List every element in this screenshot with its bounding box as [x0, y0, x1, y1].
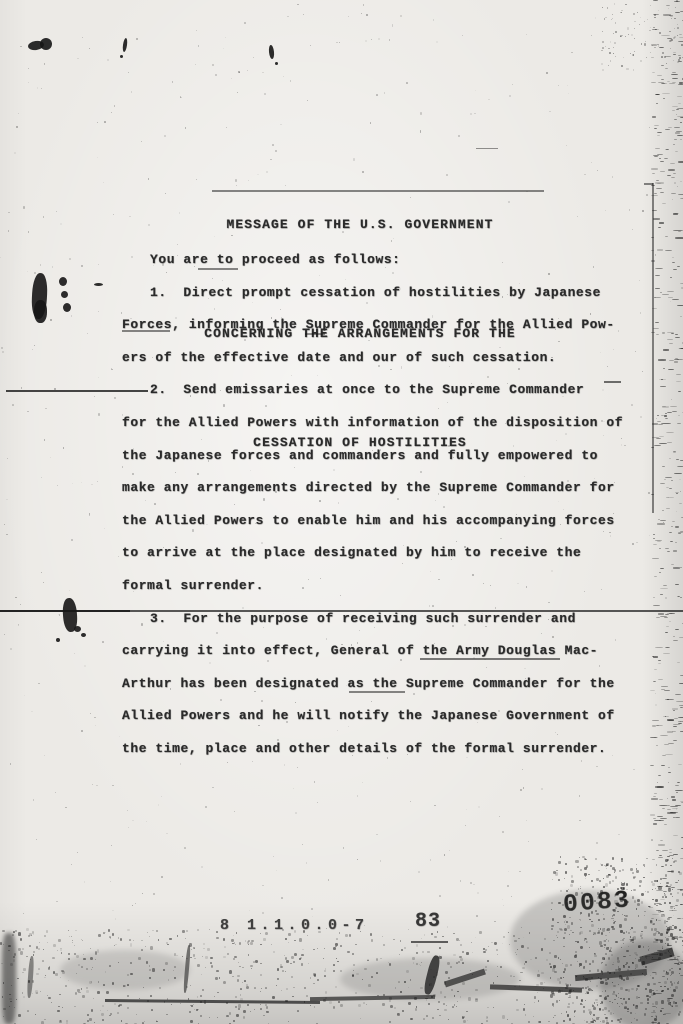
bottom-scribble-line	[310, 995, 435, 1001]
page-number: 83	[415, 910, 441, 933]
bottom-scribble-mark	[444, 969, 486, 988]
ink-mark	[120, 55, 123, 58]
bottom-scribble-line	[105, 999, 320, 1004]
margin-ink-dot	[61, 291, 68, 298]
bottom-streak	[183, 945, 191, 993]
body-text-line: carrying it into effect, General of the …	[122, 635, 622, 668]
title-line-1: MESSAGE OF THE U.S. GOVERNMENT	[160, 207, 560, 243]
fold-line-ink-dot	[74, 626, 81, 632]
ink-mark	[268, 45, 274, 59]
ink-mark	[122, 38, 128, 52]
fold-line-ink-dot	[56, 638, 60, 642]
document-body: You are to proceed as follows:1. Direct …	[122, 244, 622, 766]
body-text-line: Arthur has been designated as the Suprem…	[122, 668, 622, 701]
scanned-document-page: MESSAGE OF THE U.S. GOVERNMENT CONCERNIN…	[0, 0, 683, 1024]
body-text-line: the Japanese forces and commanders and f…	[122, 440, 622, 473]
corner-frame-number: 0083	[562, 886, 632, 920]
margin-ink-blob	[31, 273, 48, 320]
body-text-line: You are to proceed as follows:	[122, 244, 622, 277]
fold-line-dark-segment	[0, 610, 130, 612]
body-text-line: Forces, informing the Supreme Commander …	[122, 309, 622, 342]
bottom-scribble-mark	[422, 954, 441, 995]
body-text-line: Allied Powers and he will notify the Jap…	[122, 700, 622, 733]
page-number-underline	[411, 941, 448, 943]
body-text-line: the time, place and other details of the…	[122, 733, 622, 766]
right-edge-hook	[644, 183, 653, 185]
bottom-left-streak	[2, 933, 16, 1024]
ink-blob	[27, 40, 44, 51]
right-edge-line	[652, 183, 654, 513]
margin-ink-dot	[59, 277, 67, 286]
bottom-scribble-line	[490, 984, 582, 992]
ink-mark	[275, 62, 278, 65]
body-text-line: 3. For the purpose of receiving such sur…	[122, 603, 622, 636]
ink-blob	[40, 38, 52, 50]
body-text-line: 1. Direct prompt cessation of hostilitie…	[122, 277, 622, 310]
bottom-left-streak	[27, 956, 35, 998]
margin-ink-dash	[94, 283, 103, 286]
margin-ink-blob	[34, 300, 47, 323]
body-text-line: for the Allied Powers with information o…	[122, 407, 622, 440]
body-text-line: the Allied Powers to enable him and his …	[122, 505, 622, 538]
bottom-scribble-line	[575, 969, 647, 981]
body-text-line: 2. Send emissaries at once to the Suprem…	[122, 374, 622, 407]
margin-ink-dot	[63, 303, 71, 312]
fold-line-ink-blob	[62, 598, 78, 633]
scan-blotch	[600, 940, 683, 1024]
body-text-line: to arrive at the place designated by him…	[122, 537, 622, 570]
fold-line-ink-dot	[81, 633, 86, 637]
scan-blotch	[340, 958, 520, 1000]
body-text-line: make any arrangements directed by the Su…	[122, 472, 622, 505]
bottom-scribble-mark	[639, 947, 674, 965]
archive-stamp: 8 1.1.0.0-7	[220, 917, 369, 934]
body-text-line: formal surrender.	[122, 570, 622, 603]
body-text-line: ers of the effective date and our of suc…	[122, 342, 622, 375]
scan-blotch	[60, 950, 190, 990]
